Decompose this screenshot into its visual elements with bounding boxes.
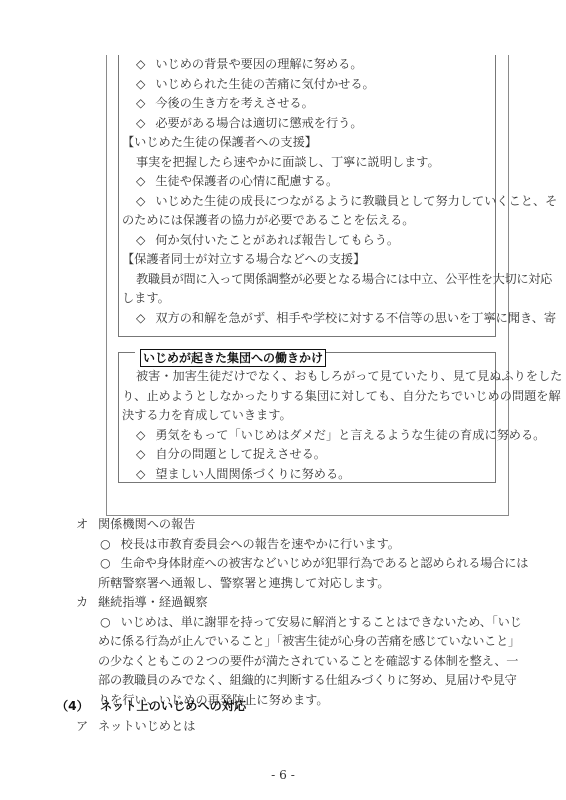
diamond-bullet-icon: ◇ [136,57,145,71]
upper-item-3: ◇今後の生き方を考えさせる。 [136,94,314,114]
upper-item-4: ◇必要がある場合は適切に懲戒を行う。 [136,114,363,134]
conflict-heading: 【保護者同士が対立する場合などへの支援】 [122,250,365,270]
diamond-bullet-icon: ◇ [136,194,145,208]
conflict-intro-1: 教職員が間に入って関係調整が必要となる場合には中立、公平性を大切に対応 [136,270,552,290]
group-item-2: ◇自分の問題として捉えさせる。 [136,445,326,465]
group-box-title: いじめが起きた集団への働きかけ [140,349,326,367]
upper-item-1: ◇いじめの背景や要因の理解に努める。 [136,55,363,75]
guardian-intro: 事実を把握したら速やかに面談し、丁寧に説明します。 [136,153,440,173]
guardian-item-3: ◇何か気付いたことがあれば報告してもらう。 [136,231,399,251]
guardian-heading: 【いじめた生徒の保護者への支援】 [122,133,317,153]
diamond-bullet-icon: ◇ [136,77,145,91]
section-ka-item-line-2: めに係る行為が止んでいること」「被害生徒が心身の苦痛を感じていないこと」 [98,632,520,652]
diamond-bullet-icon: ◇ [136,447,145,461]
section-ka-heading: 継続指導・経過観察 [98,593,208,613]
guardian-item-2-cont: のためには保護者の協力が必要であることを伝える。 [122,211,415,231]
group-intro-3: 決する力を育成していきます。 [122,406,292,426]
section-ka-item-line-4: 部の教職員のみでなく、組織的に判断する仕組みづくりに努め、見届けや見守 [98,671,517,691]
circle-bullet-icon: ○ [100,556,111,570]
section-ka-label: カ [76,593,88,613]
section-4-number: （4） [56,697,89,717]
group-item-3: ◇望ましい人間関係づくりに努める。 [136,465,350,485]
circle-bullet-icon: ○ [100,537,111,551]
diamond-bullet-icon: ◇ [136,428,145,442]
section-o-label: オ [76,515,88,535]
diamond-bullet-icon: ◇ [136,116,145,130]
section-o-heading: 関係機関への報告 [98,515,196,535]
diamond-bullet-icon: ◇ [136,233,145,247]
group-intro-2: り、止めようとしなかったりする集団に対しても、自分たちでいじめの問題を解 [122,387,561,407]
conflict-intro-2: します。 [122,289,170,309]
group-intro-1: 被害・加害生徒だけでなく、おもしろがって見ていたり、見て見ぬふりをした [136,367,562,387]
section-o-item-2: ○生命や身体財産への被害などいじめが犯罪行為であると認められる場合には [100,554,528,574]
section-4-heading: ネット上のいじめへの対応 [100,697,246,717]
section-o-item-1: ○校長は市教育委員会への報告を速やかに行います。 [100,535,400,555]
section-ka-item-line-3: の少なくともこの２つの要件が満たされていることを確認する体制を整え、一 [98,652,518,672]
diamond-bullet-icon: ◇ [136,174,145,188]
section-o-item-2-cont: 所轄警察署へ通報し、警察署と連携して対応します。 [98,574,390,594]
guardian-item-2: ◇いじめた生徒の成長につながるように教職員として努力していくこと、そ [136,192,557,212]
diamond-bullet-icon: ◇ [136,96,145,110]
section-ka-item-line-1: ○いじめは、単に謝罪を持って安易に解消とすることはできないため、「いじ [100,613,522,633]
page-number: - 6 - [0,766,566,786]
group-item-1: ◇勇気をもって「いじめはダメだ」と言えるような生徒の育成に努める。 [136,426,545,446]
diamond-bullet-icon: ◇ [136,467,145,481]
conflict-item-1: ◇双方の和解を急がず、相手や学校に対する不信等の思いを丁寧に聞き、寄 [136,309,556,329]
circle-bullet-icon: ○ [100,615,111,629]
section-4-sub-label: ア [76,717,88,737]
section-4-sub-heading: ネットいじめとは [98,717,196,737]
diamond-bullet-icon: ◇ [136,311,145,325]
guardian-item-1: ◇生徒や保護者の心情に配慮する。 [136,172,338,192]
upper-item-2: ◇いじめられた生徒の苦痛に気付かせる。 [136,75,375,95]
